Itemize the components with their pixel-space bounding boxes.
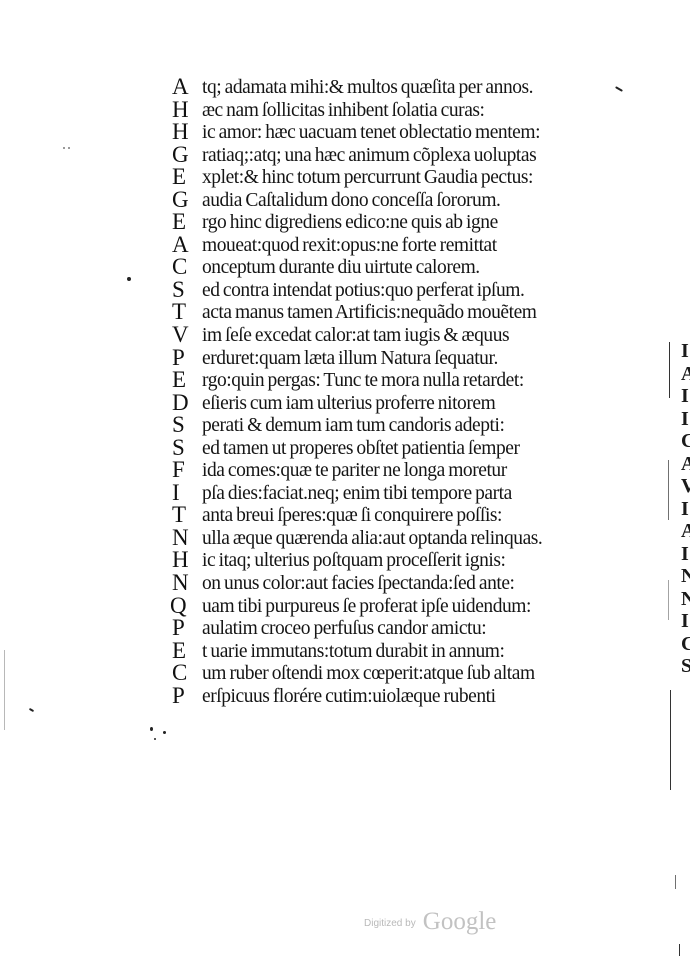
line-text: ratiaq;:atq; una hæc animum cõplexa uolu… [202,145,536,167]
bleed-char: V [681,475,690,498]
poem-line: S ed tamen ut properes obſtet patientia … [172,437,642,460]
line-text: rgo:quin pergas: Tunc te mora nulla reta… [202,370,524,392]
bleed-char: A [681,453,690,476]
line-initial: T [172,504,198,526]
line-text: im ſeſe excedat calor:at tam iugis & æqu… [202,325,509,347]
line-text: æc nam ſollicitas inhibent ſolatia curas… [202,100,485,122]
line-text: on unus color:aut facies ſpectanda:ſed a… [202,573,515,595]
line-text: moueat:quod rexit:opus:ne forte remittat [202,235,497,257]
line-initial: A [172,234,198,256]
line-text: onceptum durante diu uirtute calorem. [202,257,480,279]
bleed-char: I [681,340,690,363]
line-text: pſa dies:faciat.neq; enim tibi tempore p… [202,483,512,505]
poem-line: A moueat:quod rexit:opus:ne forte remitt… [172,234,642,257]
poem-line: P erſpicuus florére cutim:uiolæque ruben… [172,685,642,708]
poem-line: P aulatim croceo perfuſus candor amictu: [172,617,642,640]
line-text: rgo hinc digrediens edico:ne quis ab ign… [202,212,498,234]
poem-line: G audia Caſtalidum dono conceſſa ſororum… [172,189,642,212]
gutter-rule [668,580,669,620]
line-text: ic amor: hæc uacuam tenet oblectatio men… [202,122,540,144]
line-text: ic itaq; ulterius poſtquam proceſſerit i… [202,550,505,572]
watermark-prefix: Digitized by [364,918,416,929]
bleed-char: I [681,543,690,566]
bleed-char: S [681,655,690,678]
line-text: perati & demum iam tum candoris adepti: [202,415,504,437]
line-text: erſpicuus florére cutim:uiolæque rubenti [202,686,496,708]
scanned-page: A tq; adamata mihi:& multos quæſita per … [0,0,690,956]
line-text: ida comes:quæ te pariter ne longa moretu… [202,460,507,482]
line-initial: E [172,166,198,188]
line-text: ed tamen ut properes obſtet patientia ſe… [202,438,520,460]
poem-line: C um ruber oſtendi mox cœperit:atque ſub… [172,662,642,685]
line-initial: F [172,459,198,481]
poem-line: C onceptum durante diu uirtute calorem. [172,256,642,279]
line-initial: H [172,549,198,571]
poem-line: G ratiaq;:atq; una hæc animum cõplexa uo… [172,144,642,167]
poem-line: E rgo hinc digrediens edico:ne quis ab i… [172,211,642,234]
line-text: erduret:quam læta illum Natura ſequatur. [202,348,498,370]
poem-line: N ulla æque quærenda alia:aut optanda re… [172,527,642,550]
gutter-rule [679,944,680,956]
gutter-rule [675,875,676,889]
ink-speck [29,708,34,712]
line-initial: E [172,369,198,391]
bleed-char: C [681,633,690,656]
acrostic-poem: A tq; adamata mihi:& multos quæſita per … [172,76,642,707]
line-initial: N [172,572,198,594]
line-text: eſieris cum iam ulterius proferre nitore… [202,393,495,415]
line-initial: C [172,662,198,684]
digitized-by-google-watermark: Digitized by Google [364,908,496,936]
line-initial: E [172,640,198,662]
poem-line: F ida comes:quæ te pariter ne longa more… [172,459,642,482]
bleed-char: A [681,363,690,386]
line-text: anta breui ſperes:quæ ſi conquirere poſſ… [202,505,502,527]
ink-speck [68,147,70,149]
ink-speck [150,727,153,731]
poem-line: V im ſeſe excedat calor:at tam iugis & æ… [172,324,642,347]
line-text: uam tibi purpureus ſe proferat ipſe uide… [202,596,531,618]
line-initial: V [172,324,198,346]
line-text: aulatim croceo perfuſus candor amictu: [202,618,486,640]
poem-line: E xplet:& hinc totum percurrunt Gaudia p… [172,166,642,189]
bleed-char: N [681,588,690,611]
poem-line: E rgo:quin pergas: Tunc te mora nulla re… [172,369,642,392]
poem-line: H æc nam ſollicitas inhibent ſolatia cur… [172,99,642,122]
line-initial: E [172,211,198,233]
line-initial: D [172,392,198,414]
gutter-rule [668,460,669,520]
google-logo: Google [423,908,497,935]
bleed-char: I [681,408,690,431]
line-initial: P [172,617,198,639]
poem-line: T anta breui ſperes:quæ ſi conquirere po… [172,504,642,527]
poem-line: H ic amor: hæc uacuam tenet oblectatio m… [172,121,642,144]
poem-line: S ed contra intendat potius:quo perferat… [172,279,642,302]
poem-line: E t uarie immutans:totum durabit in annu… [172,640,642,663]
poem-line: Q uam tibi purpureus ſe proferat ipſe ui… [172,595,642,618]
poem-line: S perati & demum iam tum candoris adepti… [172,414,642,437]
line-initial: P [172,685,198,707]
line-text: ulla æque quærenda alia:aut optanda reli… [202,528,542,550]
bleed-char: C [681,430,690,453]
line-text: audia Caſtalidum dono conceſſa ſororum. [202,190,501,212]
ink-speck [163,731,166,734]
line-text: um ruber oſtendi mox cœperit:atque ſub a… [202,663,535,685]
line-initial: H [172,121,198,143]
line-text: ed contra intendat potius:quo perferat i… [202,280,524,302]
line-initial: H [172,99,198,121]
ink-speck [154,738,156,740]
poem-line: A tq; adamata mihi:& multos quæſita per … [172,76,642,99]
left-edge-rule [4,650,5,730]
ink-speck [63,147,65,149]
facing-page-bleed: I A I I C A V I A I N N I C S [681,340,690,678]
line-initial: G [172,189,198,211]
line-initial: T [172,301,198,323]
line-text: tq; adamata mihi:& multos quæſita per an… [202,77,533,99]
bleed-char: I [681,498,690,521]
line-initial: S [172,414,198,436]
poem-line: I pſa dies:faciat.neq; enim tibi tempore… [172,482,642,505]
bleed-char: I [681,610,690,633]
line-text: xplet:& hinc totum percurrunt Gaudia pec… [202,167,533,189]
bleed-char: A [681,520,690,543]
gutter-rule [669,342,670,398]
poem-line: D eſieris cum iam ulterius proferre nito… [172,392,642,415]
line-initial: S [172,279,198,301]
line-initial: I [172,482,198,504]
ink-speck [127,277,131,281]
bleed-char: N [681,565,690,588]
line-initial: A [172,76,198,98]
poem-line: H ic itaq; ulterius poſtquam proceſſerit… [172,549,642,572]
line-initial: N [172,527,198,549]
bleed-char: I [681,385,690,408]
line-initial: G [172,144,198,166]
poem-line: N on unus color:aut facies ſpectanda:ſed… [172,572,642,595]
line-initial: P [172,347,198,369]
poem-line: P erduret:quam læta illum Natura ſequatu… [172,347,642,370]
line-initial: C [172,256,198,278]
line-initial: S [172,437,198,459]
poem-line: T acta manus tamen Artificis:nequãdo mou… [172,301,642,324]
line-text: t uarie immutans:totum durabit in annum: [202,641,505,663]
line-text: acta manus tamen Artificis:nequãdo mouẽt… [202,302,537,324]
gutter-rule [670,690,671,790]
line-initial: Q [170,595,196,617]
